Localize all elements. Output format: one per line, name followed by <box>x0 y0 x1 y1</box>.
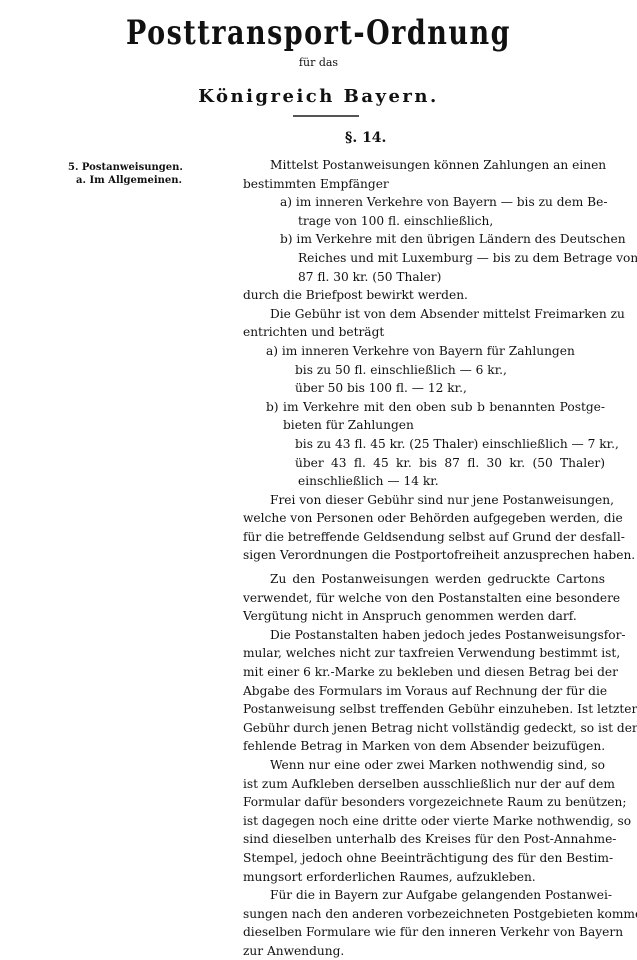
text-line: Gebühr durch jenen Betrag nicht vollstän… <box>243 719 605 738</box>
text-line: für die betreffende Geldsendung selbst a… <box>243 528 605 547</box>
text-line: bis zu 50 fl. einschließlich — 6 kr., <box>243 361 605 380</box>
text-line: Stempel, jedoch ohne Beeinträchtigung de… <box>243 849 605 868</box>
text-line: b) im Verkehre mit den übrigen Ländern d… <box>243 230 605 249</box>
margin-note: 5. Postanweisungen. a. Im Allgemeinen. <box>68 161 183 187</box>
text-line: Vergütung nicht in Anspruch genommen wer… <box>243 607 605 626</box>
text-line: Die Gebühr ist von dem Absender mittelst… <box>243 305 605 324</box>
text-line: Mittelst Postanweisungen können Zahlunge… <box>243 156 605 175</box>
text-line: b) im Verkehre mit den oben sub b benann… <box>243 398 605 417</box>
text-line: mungsort erforderlichen Raumes, aufzukle… <box>243 868 605 887</box>
text-line: Zu den Postanweisungen werden gedruckte … <box>243 570 605 589</box>
text-line: bestimmten Empfänger <box>243 175 605 194</box>
text-line: ist zum Aufkleben derselben ausschließli… <box>243 775 605 794</box>
text-line: fehlende Betrag in Marken von dem Absend… <box>243 737 605 756</box>
text-line: Reiches und mit Luxemburg — bis zu dem B… <box>243 249 605 268</box>
text-line: Für die in Bayern zur Aufgabe gelangende… <box>243 886 605 905</box>
text-line: welche von Personen oder Behörden aufgeg… <box>243 509 605 528</box>
title-divider <box>293 115 359 117</box>
text-line: mular, welches nicht zur taxfreien Verwe… <box>243 644 605 663</box>
body-text: Mittelst Postanweisungen können Zahlunge… <box>243 156 605 960</box>
text-line: bis zu 43 fl. 45 kr. (25 Thaler) einschl… <box>243 435 605 454</box>
kingdom-heading: Königreich Bayern. <box>0 86 637 107</box>
text-line: über 50 bis 100 fl. — 12 kr., <box>243 379 605 398</box>
text-line: entrichten und beträgt <box>243 323 605 342</box>
document-subtitle: für das <box>0 56 637 69</box>
text-line: Abgabe des Formulars im Voraus auf Rechn… <box>243 682 605 701</box>
text-line: ist dagegen noch eine dritte oder vierte… <box>243 812 605 831</box>
text-line: über 43 fl. 45 kr. bis 87 fl. 30 kr. (50… <box>243 454 605 473</box>
text-line: durch die Briefpost bewirkt werden. <box>243 286 605 305</box>
text-line: Die Postanstalten haben jedoch jedes Pos… <box>243 626 605 645</box>
text-line: a) im inneren Verkehre von Bayern für Za… <box>243 342 605 361</box>
text-line: dieselben Formulare wie für den inneren … <box>243 923 605 942</box>
text-line: sungen nach den anderen vorbezeichneten … <box>243 905 605 924</box>
text-line: verwendet, für welche von den Postanstal… <box>243 589 605 608</box>
text-line: mit einer 6 kr.-Marke zu bekleben und di… <box>243 663 605 682</box>
text-line: Frei von dieser Gebühr sind nur jene Pos… <box>243 491 605 510</box>
text-line: bieten für Zahlungen <box>243 416 605 435</box>
text-line: a) im inneren Verkehre von Bayern — bis … <box>243 193 605 212</box>
text-line: zur Anwendung. <box>243 942 605 960</box>
text-line: sind dieselben unterhalb des Kreises für… <box>243 830 605 849</box>
margin-note-subsection: a. Im Allgemeinen. <box>68 174 183 187</box>
document-title: Posttransport-Ordnung <box>0 14 637 53</box>
paragraph-number: §. 14. <box>345 130 386 146</box>
text-line: Wenn nur eine oder zwei Marken nothwendi… <box>243 756 605 775</box>
margin-note-section: 5. Postanweisungen. <box>68 161 183 174</box>
text-line: Formular dafür besonders vorgezeichnete … <box>243 793 605 812</box>
text-line: einschließlich — 14 kr. <box>243 472 605 491</box>
text-line: sigen Verordnungen die Postportofreiheit… <box>243 546 605 565</box>
text-line: trage von 100 fl. einschließlich, <box>243 212 605 231</box>
text-line: 87 fl. 30 kr. (50 Thaler) <box>243 268 605 287</box>
text-line: Postanweisung selbst treffenden Gebühr e… <box>243 700 605 719</box>
